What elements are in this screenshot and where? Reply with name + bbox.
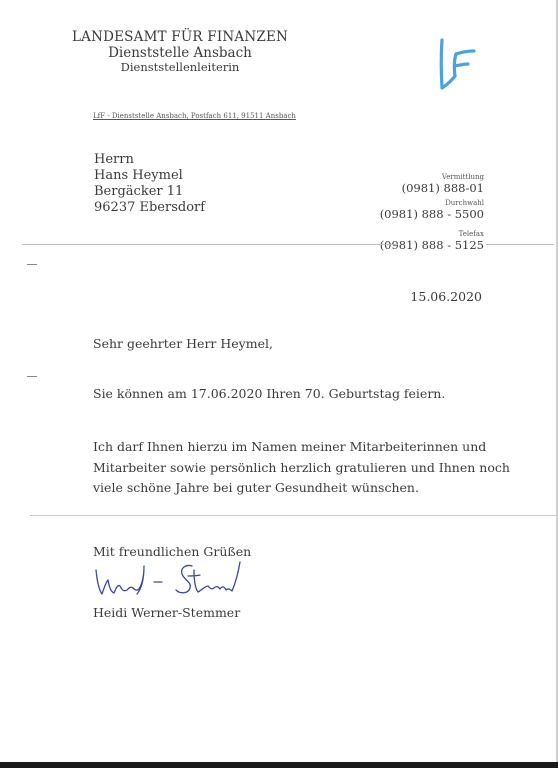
recipient-name: Hans Heymel bbox=[94, 168, 205, 184]
letter-salutation: Sehr geehrter Herr Heymel, bbox=[93, 336, 273, 351]
contact-label: Vermittlung bbox=[402, 173, 484, 181]
recipient-salutation: Herrn bbox=[94, 152, 205, 168]
contact-value: (0981) 888 - 5125 bbox=[380, 238, 484, 252]
letter-date: 15.06.2020 bbox=[410, 289, 482, 304]
contact-value: (0981) 888 - 5500 bbox=[380, 207, 484, 221]
signer-name: Heidi Werner-Stemmer bbox=[93, 605, 240, 620]
contact-switchboard: Vermittlung (0981) 888-01 bbox=[402, 173, 484, 195]
office-role: Dienststellenleiterin bbox=[0, 61, 360, 74]
office-name: Dienststelle Ansbach bbox=[0, 46, 360, 62]
contact-fax: Telefax (0981) 888 - 5125 bbox=[380, 230, 484, 252]
recipient-address: Herrn Hans Heymel Bergäcker 11 96237 Ebe… bbox=[94, 152, 205, 216]
org-name: LANDESAMT FÜR FINANZEN bbox=[0, 30, 360, 46]
contact-direct: Durchwahl (0981) 888 - 5500 bbox=[380, 199, 484, 221]
letter-page: LANDESAMT FÜR FINANZEN Dienststelle Ansb… bbox=[0, 0, 556, 762]
fold-line bbox=[30, 515, 556, 516]
contact-label: Durchwahl bbox=[380, 199, 484, 207]
signature-icon bbox=[92, 556, 242, 604]
sender-return-address: LfF - Dienststelle Ansbach, Postfach 611… bbox=[93, 112, 296, 120]
letter-paragraph: Sie können am 17.06.2020 Ihren 70. Gebur… bbox=[93, 386, 445, 401]
fold-line bbox=[486, 244, 554, 245]
scan-border bbox=[0, 762, 558, 768]
punch-mark bbox=[27, 376, 37, 377]
recipient-city: 96237 Ebersdorf bbox=[94, 200, 205, 216]
letter-paragraph: Ich darf Ihnen hierzu im Namen meiner Mi… bbox=[93, 437, 513, 499]
fold-mark bbox=[27, 264, 37, 265]
contact-value: (0981) 888-01 bbox=[402, 181, 484, 195]
letterhead: LANDESAMT FÜR FINANZEN Dienststelle Ansb… bbox=[0, 30, 360, 74]
recipient-street: Bergäcker 11 bbox=[94, 184, 205, 200]
contact-label: Telefax bbox=[380, 230, 484, 238]
lff-logo-icon bbox=[428, 36, 488, 96]
fold-line bbox=[22, 244, 398, 245]
